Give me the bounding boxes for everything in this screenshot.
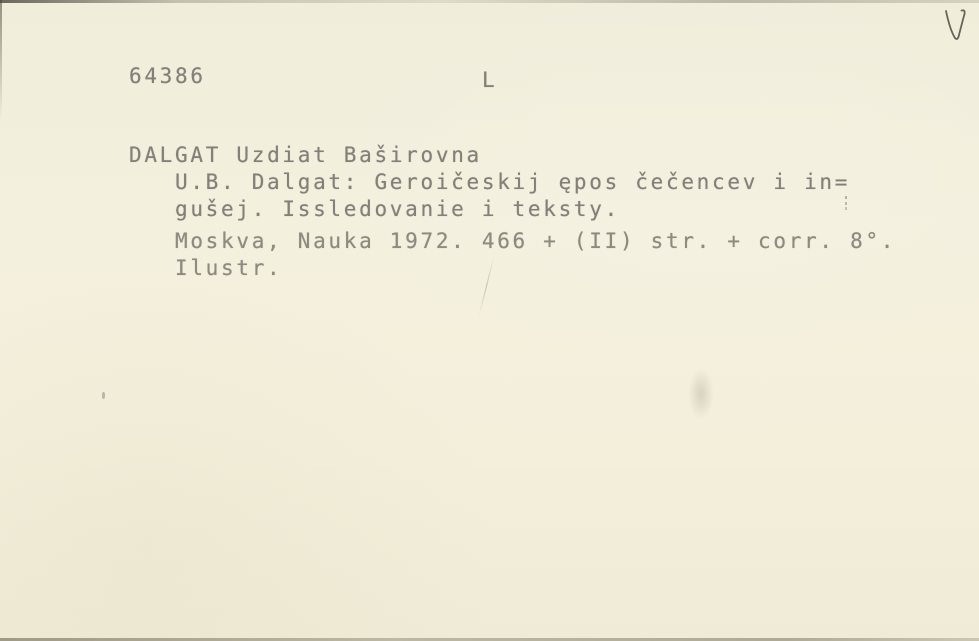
call-number: 64386 xyxy=(129,64,206,88)
paper-smudge xyxy=(688,368,714,420)
stray-typewriter-mark xyxy=(845,196,847,210)
author-heading: DALGAT Uzdiat Baširovna xyxy=(129,143,482,167)
title-line-2: gušej. Issledovanie i teksty. xyxy=(175,197,620,221)
section-letter: L xyxy=(482,68,497,92)
imprint-line-2: Ilustr. xyxy=(175,256,282,280)
checkmark-icon xyxy=(942,6,972,50)
paper-speck xyxy=(102,392,105,399)
catalog-card: 64386 L DALGAT Uzdiat Baširovna U.B. Dal… xyxy=(0,0,979,641)
scan-edge-left xyxy=(0,0,2,120)
title-line-1: U.B. Dalgat: Geroičeskij ępos čečencev i… xyxy=(175,170,850,194)
paper-crease xyxy=(479,256,495,316)
imprint-line-1: Moskva, Nauka 1972. 466 + (II) str. + co… xyxy=(175,229,896,253)
scan-edge-top xyxy=(0,0,979,3)
